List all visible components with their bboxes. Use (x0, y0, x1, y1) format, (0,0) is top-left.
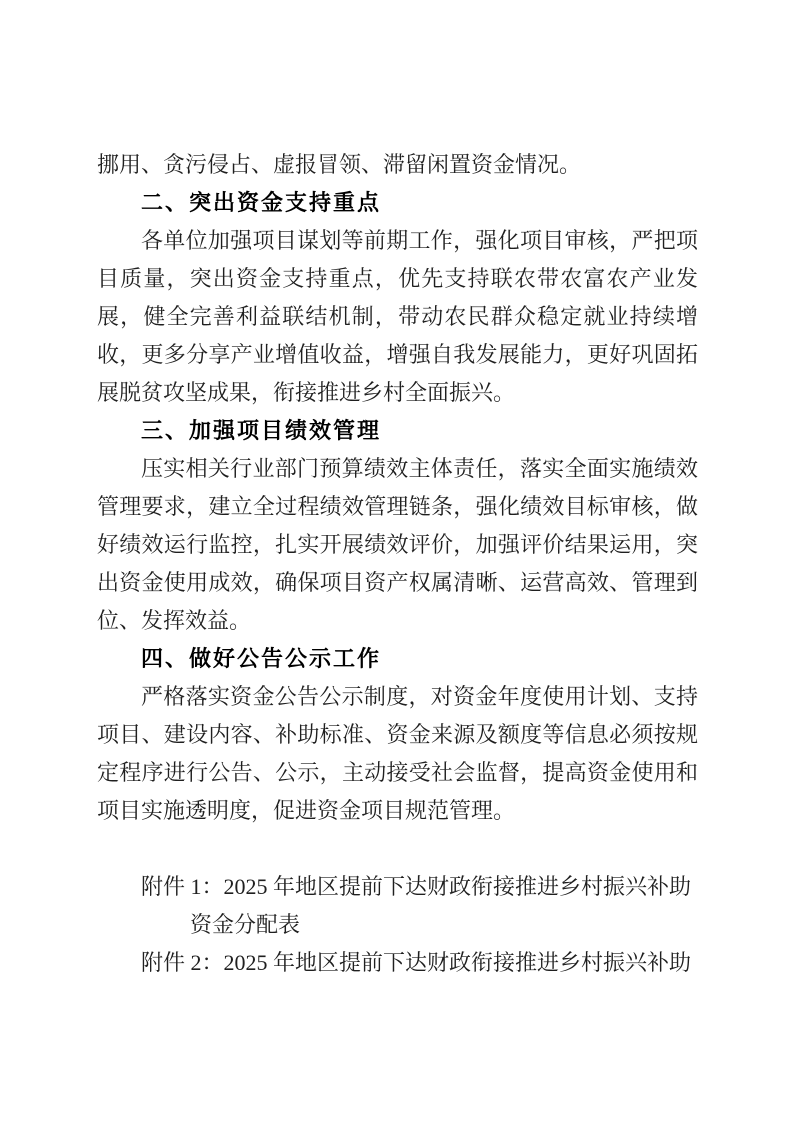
attachment-list: 附件 1：2025 年地区提前下达财政衔接推进乡村振兴补助 资金分配表 附件 2… (97, 868, 698, 982)
section-heading-3: 三、加强项目绩效管理 (97, 412, 698, 450)
attachment-1-title: 附件 1：2025 年地区提前下达财政衔接推进乡村振兴补助 (97, 868, 698, 906)
attachment-1-continuation: 资金分配表 (97, 906, 698, 944)
carryover-paragraph: 挪用、贪污侵占、虚报冒领、滞留闲置资金情况。 (97, 146, 698, 184)
document-page: 挪用、贪污侵占、虚报冒领、滞留闲置资金情况。 二、突出资金支持重点 各单位加强项… (0, 0, 793, 1122)
section-2-paragraph: 各单位加强项目谋划等前期工作，强化项目审核，严把项目质量，突出资金支持重点，优先… (97, 222, 698, 412)
attachment-2-title: 附件 2：2025 年地区提前下达财政衔接推进乡村振兴补助 (97, 944, 698, 982)
section-3-paragraph: 压实相关行业部门预算绩效主体责任，落实全面实施绩效管理要求，建立全过程绩效管理链… (97, 450, 698, 640)
section-heading-4: 四、做好公告公示工作 (97, 640, 698, 678)
section-4-paragraph: 严格落实资金公告公示制度，对资金年度使用计划、支持项目、建设内容、补助标准、资金… (97, 678, 698, 830)
section-heading-2: 二、突出资金支持重点 (97, 184, 698, 222)
